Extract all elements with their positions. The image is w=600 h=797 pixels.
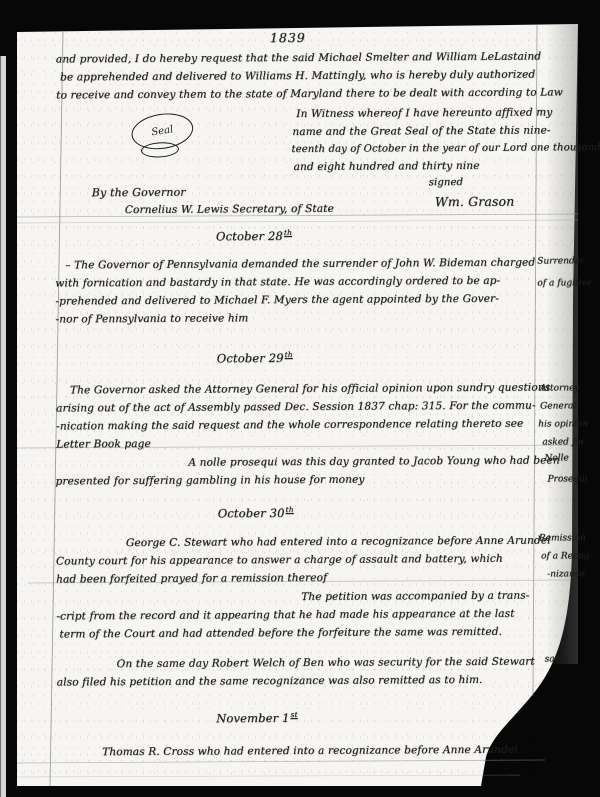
marginalia-line: of a Recog- bbox=[541, 549, 592, 563]
marginalia-line: his opinion bbox=[538, 417, 588, 431]
entry-date-suffix: th bbox=[285, 350, 293, 359]
entry-line: A nolle prosequi was this day granted to… bbox=[188, 453, 559, 469]
entry-line: term of the Court and had attended befor… bbox=[59, 625, 502, 642]
entry-date-heading: October 29th bbox=[60, 347, 450, 366]
seal-label: Seal bbox=[151, 124, 174, 138]
entry-date-suffix: th bbox=[286, 505, 294, 514]
marginalia-line: Nolle bbox=[544, 451, 568, 465]
proclamation-line: be apprehended and delivered to Williams… bbox=[60, 68, 535, 85]
entry-line: with fornication and bastardy in that st… bbox=[55, 274, 500, 291]
entry-date: October 29 bbox=[217, 351, 284, 365]
entry-line: The petition was accompanied by a trans- bbox=[301, 589, 529, 604]
entry-line: -cript from the record and it appearing … bbox=[56, 607, 514, 624]
by-the-governor-line: By the Governor bbox=[92, 186, 186, 201]
entry-line: – The Governor of Pennsylvania demanded … bbox=[65, 256, 535, 273]
governor-signature: Wm. Grason bbox=[435, 195, 515, 209]
entry-line: -prehended and delivered to Michael F. M… bbox=[55, 292, 499, 309]
entry-line: -nor of Pennsylvania to receive him bbox=[55, 311, 248, 326]
entry-date-suffix: th bbox=[284, 228, 292, 237]
entry-date: October 30 bbox=[218, 506, 285, 520]
witness-line: In Witness whereof I have hereunto affix… bbox=[296, 105, 552, 121]
entry-line: arising out of the act of Assembly passe… bbox=[56, 399, 536, 416]
marginalia-line: -nizance bbox=[547, 567, 585, 581]
witness-line: and eight hundred and thirty nine bbox=[294, 159, 480, 174]
entry-line: On the same day Robert Welch of Ben who … bbox=[117, 655, 535, 672]
entry-line: Thomas R. Cross who had entered into a r… bbox=[102, 743, 518, 760]
signed-label: signed bbox=[429, 176, 463, 190]
marginalia-line: General bbox=[540, 399, 576, 413]
marginalia-line: asked for bbox=[542, 435, 585, 449]
entry-line: -nication making the said request and th… bbox=[56, 417, 523, 434]
marginalia-line: Surrender bbox=[537, 254, 584, 268]
proclamation-line: to receive and convey them to the state … bbox=[56, 85, 563, 102]
entry-line: Letter Book page bbox=[56, 437, 151, 452]
entry-date-suffix: st bbox=[290, 710, 297, 719]
page-year: 1839 bbox=[198, 31, 378, 46]
marginalia-line: of a fugitive bbox=[537, 276, 592, 290]
entry-line: The Governor asked the Attorney General … bbox=[70, 380, 550, 397]
entry-line: County court for his appearance to answe… bbox=[56, 552, 503, 569]
entry-line: George C. Stewart who had entered into a… bbox=[126, 533, 551, 550]
manuscript-text-layer: 1839 and provided, I do hereby request t… bbox=[0, 0, 600, 797]
witness-line: teenth day of October in the year of our… bbox=[291, 141, 600, 157]
entry-line: presented for suffering gambling in his … bbox=[55, 473, 364, 489]
entry-date: October 28 bbox=[216, 229, 283, 243]
marginalia-line: Prosequi bbox=[547, 472, 587, 486]
secretary-attestation-line: Cornelius W. Lewis Secretary, of State bbox=[125, 202, 334, 217]
scanned-manuscript-page: 1839 and provided, I do hereby request t… bbox=[0, 0, 600, 797]
entry-line: also filed his petition and the same rec… bbox=[57, 673, 483, 690]
entry-date: November 1 bbox=[216, 711, 289, 725]
witness-line: name and the Great Seal of the State thi… bbox=[292, 123, 550, 139]
marginalia-line: Remission bbox=[539, 531, 586, 545]
entry-date-heading: October 30th bbox=[61, 502, 451, 521]
entry-line: had been forfeited prayed for a remissio… bbox=[56, 571, 327, 587]
marginalia-line: Attorney bbox=[540, 381, 580, 395]
entry-date-heading: November 1st bbox=[62, 707, 452, 726]
entry-date-heading: October 28th bbox=[59, 225, 449, 244]
seal-flourish: Seal bbox=[129, 110, 195, 154]
proclamation-line: and provided, I do hereby request that t… bbox=[56, 50, 541, 67]
marginalia-line: same bbox=[545, 652, 569, 666]
